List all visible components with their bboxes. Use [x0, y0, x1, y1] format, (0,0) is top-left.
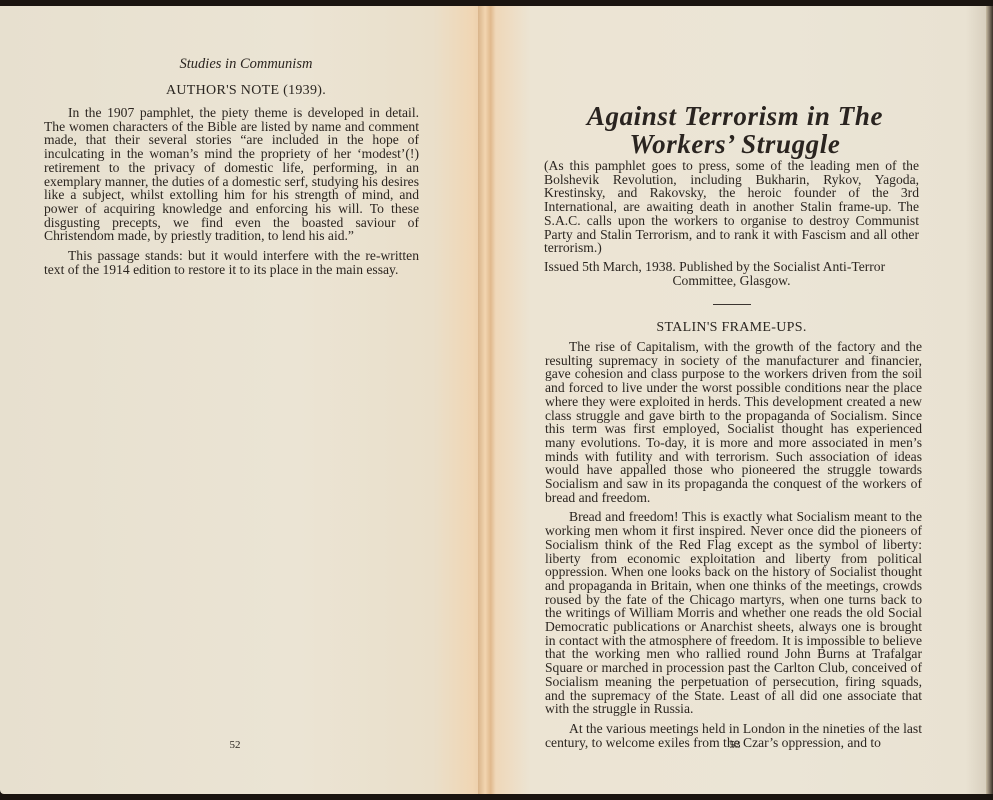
title-line-1: Against Terrorism in The — [510, 102, 960, 130]
issued-line-2: Committee, Glasgow. — [544, 274, 919, 288]
page-number-right: 53 — [710, 739, 760, 751]
running-head: Studies in Communism — [0, 56, 492, 73]
issued-line-1: Issued 5th March, 1938. Published by the… — [544, 260, 919, 274]
issued-line: Issued 5th March, 1938. Published by the… — [544, 260, 919, 287]
left-page-body: In the 1907 pamphlet, the piety theme is… — [44, 106, 419, 276]
book-gutter — [478, 6, 496, 794]
page-edge-shadow — [986, 6, 993, 794]
paragraph: This passage stands: but it would interf… — [44, 249, 419, 276]
left-page: Studies in Communism AUTHOR'S NOTE (1939… — [0, 6, 492, 794]
open-book: Studies in Communism AUTHOR'S NOTE (1939… — [0, 6, 993, 794]
section-heading-authors-note: AUTHOR'S NOTE (1939). — [0, 83, 492, 99]
intro-note-text: (As this pamphlet goes to press, some of… — [544, 159, 919, 255]
section-heading-stalins-frame-ups: STALIN'S FRAME-UPS. — [544, 320, 919, 336]
paragraph: In the 1907 pamphlet, the piety theme is… — [44, 106, 419, 243]
page-number-left: 52 — [210, 739, 260, 751]
title-line-2: Workers’ Struggle — [510, 130, 960, 158]
paragraph: Bread and freedom! This is exactly what … — [545, 510, 922, 716]
intro-note: (As this pamphlet goes to press, some of… — [544, 159, 919, 255]
right-page-body: The rise of Capitalism, with the growth … — [545, 340, 922, 749]
paragraph: The rise of Capitalism, with the growth … — [545, 340, 922, 504]
divider-rule — [713, 304, 751, 305]
pamphlet-title: Against Terrorism in The Workers’ Strugg… — [510, 102, 960, 158]
